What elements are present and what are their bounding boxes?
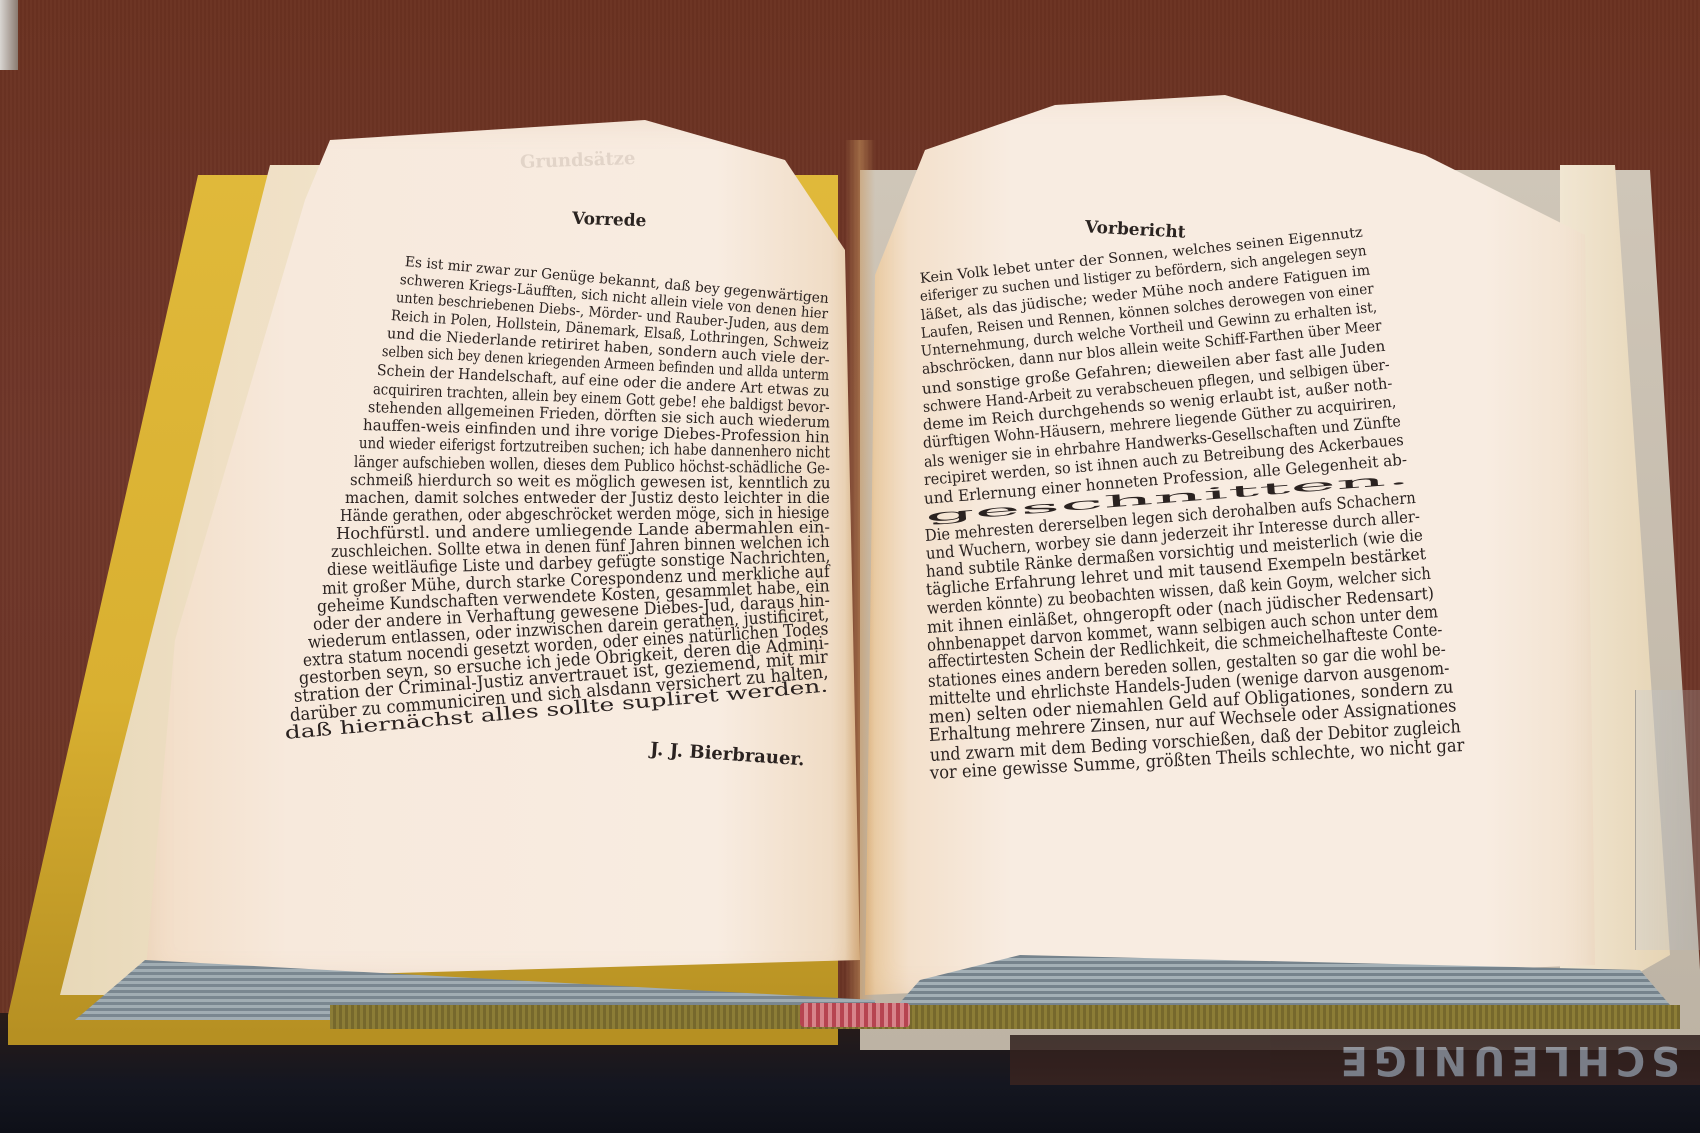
cover-embossed-title: SCHLEUNIGE: [1010, 1035, 1700, 1085]
headband: [330, 1005, 1680, 1029]
show-through-heading: Grundsätze: [520, 148, 636, 173]
corner-fabric: [0, 0, 18, 70]
book-gutter: [845, 140, 875, 1020]
bookmark-ribbon: [800, 1003, 910, 1027]
transparent-ruler: [1635, 690, 1700, 950]
left-page-heading: Vorrede: [572, 209, 647, 232]
